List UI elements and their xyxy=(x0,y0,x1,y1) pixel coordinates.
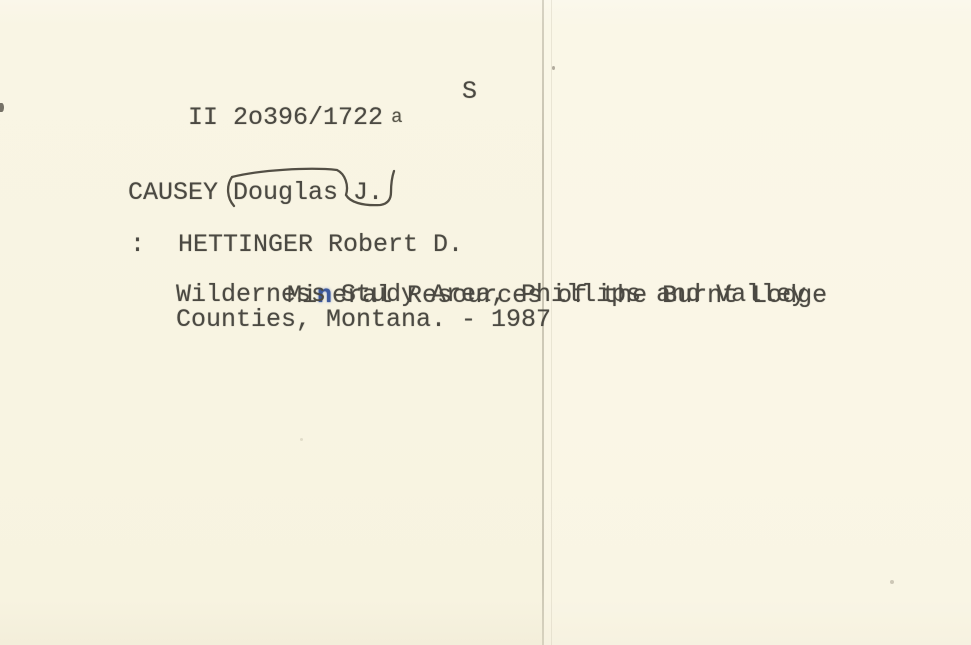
paper-speck xyxy=(300,438,303,441)
call-number-suffix: a xyxy=(391,104,402,130)
title-line-3: Counties, Montana. - 1987 xyxy=(176,307,551,333)
paper-speck xyxy=(0,103,4,112)
reference-colon: : xyxy=(130,232,145,258)
paper-speck xyxy=(890,580,894,584)
call-number: II 2o396/1722 xyxy=(188,103,383,132)
second-author: HETTINGER Robert D. xyxy=(178,232,463,258)
author-heading: CAUSEY Douglas J. xyxy=(128,180,383,206)
catalog-card: II 2o396/1722a S CAUSEY Douglas J. : HET… xyxy=(0,0,971,645)
paper-speck xyxy=(552,66,555,70)
call-number-line: II 2o396/1722a S xyxy=(128,79,402,184)
size-mark: S xyxy=(462,79,477,105)
